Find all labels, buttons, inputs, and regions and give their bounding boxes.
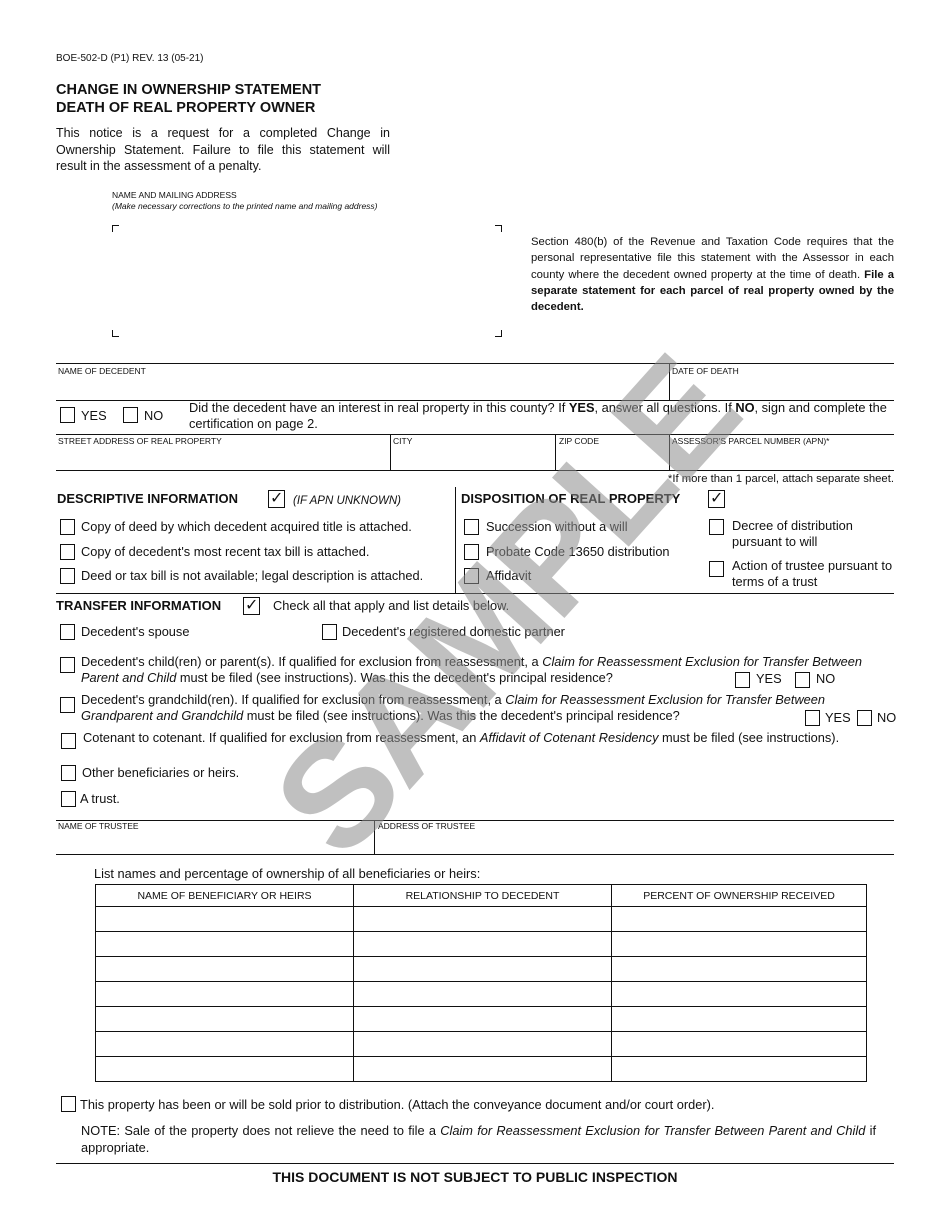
- descriptive-item-legal: Deed or tax bill is not available; legal…: [81, 568, 423, 584]
- address-of-trustee-field[interactable]: [377, 831, 893, 853]
- percent-cell[interactable]: [612, 957, 867, 982]
- descriptive-checkbox-tax-bill[interactable]: [60, 544, 75, 560]
- transfer-checkbox-cotenant[interactable]: [61, 733, 76, 749]
- column-header: PERCENT OF OWNERSHIP RECEIVED: [612, 885, 867, 907]
- percent-cell[interactable]: [612, 982, 867, 1007]
- disposition-checkbox-affidavit[interactable]: [464, 568, 479, 584]
- transfer-checkbox[interactable]: [243, 597, 260, 615]
- relationship-cell[interactable]: [354, 932, 612, 957]
- street-address-label: STREET ADDRESS OF REAL PROPERTY: [58, 436, 222, 446]
- transfer-item-grandchild: Decedent's grandchild(ren). If qualified…: [81, 692, 841, 724]
- descriptive-checkbox-legal[interactable]: [60, 568, 75, 584]
- question-text: Did the decedent have an interest in rea…: [189, 400, 569, 415]
- descriptive-checkbox-deed[interactable]: [60, 519, 75, 535]
- note-claim-form: Claim for Reassessment Exclusion for Tra…: [440, 1123, 865, 1138]
- grandchild-text: must be filed (see instructions). Was th…: [243, 708, 680, 723]
- corner-mark-bottom-right: [495, 330, 502, 337]
- zip-code-field[interactable]: [557, 446, 667, 468]
- table-row: [96, 1007, 867, 1032]
- name-of-decedent-label: NAME OF DECEDENT: [58, 366, 146, 376]
- disposition-item-trustee: Action of trustee pursuant to terms of a…: [732, 558, 897, 590]
- sold-checkbox[interactable]: [61, 1096, 76, 1112]
- interest-no-checkbox[interactable]: [123, 407, 138, 423]
- descriptive-note: (IF APN UNKNOWN): [293, 493, 401, 509]
- grandchild-residence-yes-label: YES: [825, 710, 851, 726]
- column-header: RELATIONSHIP TO DECEDENT: [354, 885, 612, 907]
- disposition-heading: DISPOSITION OF REAL PROPERTY: [461, 491, 680, 506]
- child-residence-yes-label: YES: [756, 671, 782, 687]
- question-yes: YES: [569, 400, 595, 415]
- apn-note: *If more than 1 parcel, attach separate …: [668, 471, 894, 487]
- interest-yes-checkbox[interactable]: [60, 407, 75, 423]
- divider: [374, 820, 375, 854]
- notice-text: This notice is a request for a completed…: [56, 125, 390, 175]
- footer-notice: THIS DOCUMENT IS NOT SUBJECT TO PUBLIC I…: [0, 1169, 950, 1185]
- divider: [56, 434, 894, 435]
- table-row: [96, 907, 867, 932]
- disposition-checkbox-probate[interactable]: [464, 544, 479, 560]
- table-row: [96, 982, 867, 1007]
- table-row: [96, 932, 867, 957]
- question-no: NO: [735, 400, 754, 415]
- transfer-item-spouse: Decedent's spouse: [81, 624, 189, 640]
- beneficiary-name-cell[interactable]: [96, 932, 354, 957]
- relationship-cell[interactable]: [354, 1057, 612, 1082]
- form-id: BOE-502-D (P1) REV. 13 (05-21): [56, 53, 203, 64]
- date-of-death-label: DATE OF DEATH: [672, 366, 739, 376]
- city-field[interactable]: [392, 446, 554, 468]
- form-title: CHANGE IN OWNERSHIP STATEMENT DEATH OF R…: [56, 81, 321, 117]
- beneficiary-name-cell[interactable]: [96, 957, 354, 982]
- title-line-2: DEATH OF REAL PROPERTY OWNER: [56, 99, 321, 117]
- note-text: NOTE: Sale of the property does not reli…: [81, 1123, 440, 1138]
- disposition-checkbox-decree[interactable]: [709, 519, 724, 535]
- disposition-item-succession: Succession without a will: [486, 519, 628, 535]
- percent-cell[interactable]: [612, 1032, 867, 1057]
- relationship-cell[interactable]: [354, 907, 612, 932]
- table-header-row: NAME OF BENEFICIARY OR HEIRS RELATIONSHI…: [96, 885, 867, 907]
- table-row: [96, 1032, 867, 1057]
- cotenant-text: Cotenant to cotenant. If qualified for e…: [83, 730, 480, 745]
- sale-note: NOTE: Sale of the property does not reli…: [81, 1122, 876, 1156]
- percent-cell[interactable]: [612, 932, 867, 957]
- street-address-field[interactable]: [56, 446, 388, 468]
- mailing-address-title: NAME AND MAILING ADDRESS: [112, 190, 237, 200]
- table-row: [96, 957, 867, 982]
- beneficiary-name-cell[interactable]: [96, 1032, 354, 1057]
- disposition-checkbox-trustee[interactable]: [709, 561, 724, 577]
- question-text: , answer all questions. If: [594, 400, 735, 415]
- disposition-item-affidavit: Affidavit: [486, 568, 531, 584]
- divider: [56, 593, 894, 594]
- child-residence-no-label: NO: [816, 671, 835, 687]
- mailing-address-field[interactable]: [118, 232, 494, 328]
- divider: [56, 363, 894, 364]
- child-text: Decedent's child(ren) or parent(s). If q…: [81, 654, 542, 669]
- divider: [455, 487, 456, 593]
- beneficiary-name-cell[interactable]: [96, 907, 354, 932]
- beneficiary-name-cell[interactable]: [96, 1057, 354, 1082]
- interest-yes-label: YES: [81, 408, 107, 424]
- table-row: [96, 1057, 867, 1082]
- transfer-checkbox-partner[interactable]: [322, 624, 337, 640]
- divider: [555, 434, 556, 470]
- percent-cell[interactable]: [612, 907, 867, 932]
- divider: [56, 854, 894, 855]
- zip-code-label: ZIP CODE: [559, 436, 599, 446]
- transfer-item-other: Other beneficiaries or heirs.: [82, 765, 239, 781]
- beneficiaries-table: NAME OF BENEFICIARY OR HEIRS RELATIONSHI…: [95, 884, 867, 1082]
- corner-mark-top-right: [495, 225, 502, 232]
- interest-question: Did the decedent have an interest in rea…: [189, 400, 889, 432]
- section-480-text: Section 480(b) of the Revenue and Taxati…: [531, 236, 894, 281]
- grandchild-residence-yes-checkbox[interactable]: [805, 710, 820, 726]
- apn-label: ASSESSOR'S PARCEL NUMBER (APN)*: [672, 436, 830, 446]
- transfer-item-partner: Decedent's registered domestic partner: [342, 624, 565, 640]
- percent-cell[interactable]: [612, 1007, 867, 1032]
- transfer-heading: TRANSFER INFORMATION: [56, 598, 221, 613]
- name-of-decedent-field[interactable]: [56, 376, 668, 398]
- interest-no-label: NO: [144, 408, 163, 424]
- transfer-item-cotenant: Cotenant to cotenant. If qualified for e…: [83, 730, 853, 746]
- cotenant-text: must be filed (see instructions).: [658, 730, 839, 745]
- corner-mark-bottom-left: [112, 330, 119, 337]
- disposition-checkbox-succession[interactable]: [464, 519, 479, 535]
- city-label: CITY: [393, 436, 412, 446]
- transfer-checkbox-spouse[interactable]: [60, 624, 75, 640]
- child-text: must be filed (see instructions). Was th…: [176, 670, 613, 685]
- disposition-item-probate: Probate Code 13650 distribution: [486, 544, 670, 560]
- descriptive-heading: DESCRIPTIVE INFORMATION: [57, 491, 238, 506]
- cotenant-affidavit: Affidavit of Cotenant Residency: [480, 730, 659, 745]
- relationship-cell[interactable]: [354, 1007, 612, 1032]
- relationship-cell[interactable]: [354, 1032, 612, 1057]
- divider: [390, 434, 391, 470]
- descriptive-item-deed: Copy of deed by which decedent acquired …: [81, 519, 412, 535]
- column-header: NAME OF BENEFICIARY OR HEIRS: [96, 885, 354, 907]
- transfer-checkbox-other[interactable]: [61, 765, 76, 781]
- beneficiary-name-cell[interactable]: [96, 982, 354, 1007]
- section-480-notice: Section 480(b) of the Revenue and Taxati…: [531, 234, 894, 315]
- grandchild-text: Decedent's grandchild(ren). If qualified…: [81, 692, 505, 707]
- disposition-checkbox[interactable]: [708, 490, 725, 508]
- date-of-death-field[interactable]: [672, 376, 892, 398]
- divider: [669, 434, 670, 470]
- grandchild-residence-no-label: NO: [877, 710, 896, 726]
- name-of-trustee-label: NAME OF TRUSTEE: [58, 821, 139, 831]
- mailing-address-sublabel: (Make necessary corrections to the print…: [112, 201, 378, 212]
- transfer-checkbox-grandchild[interactable]: [60, 697, 75, 713]
- relationship-cell[interactable]: [354, 982, 612, 1007]
- address-of-trustee-label: ADDRESS OF TRUSTEE: [378, 821, 475, 831]
- relationship-cell[interactable]: [354, 957, 612, 982]
- child-residence-no-checkbox[interactable]: [795, 672, 810, 688]
- transfer-checkbox-child[interactable]: [60, 657, 75, 673]
- transfer-checkbox-trust[interactable]: [61, 791, 76, 807]
- mailing-address-label: NAME AND MAILING ADDRESS (Make necessary…: [112, 190, 378, 211]
- beneficiaries-intro: List names and percentage of ownership o…: [94, 866, 480, 882]
- beneficiary-name-cell[interactable]: [96, 1007, 354, 1032]
- title-line-1: CHANGE IN OWNERSHIP STATEMENT: [56, 81, 321, 99]
- descriptive-item-tax-bill: Copy of decedent's most recent tax bill …: [81, 544, 369, 560]
- corner-mark-top-left: [112, 225, 119, 232]
- apn-field[interactable]: [672, 446, 892, 468]
- percent-cell[interactable]: [612, 1057, 867, 1082]
- name-of-trustee-field[interactable]: [56, 831, 372, 853]
- sold-label: This property has been or will be sold p…: [80, 1097, 714, 1113]
- grandchild-residence-no-checkbox[interactable]: [857, 710, 872, 726]
- transfer-item-trust: A trust.: [80, 791, 120, 807]
- descriptive-checkbox[interactable]: [268, 490, 285, 508]
- disposition-item-decree: Decree of distribution pursuant to will: [732, 518, 882, 550]
- transfer-instruction: Check all that apply and list details be…: [273, 598, 509, 614]
- divider: [56, 1163, 894, 1164]
- child-residence-yes-checkbox[interactable]: [735, 672, 750, 688]
- divider: [669, 363, 670, 400]
